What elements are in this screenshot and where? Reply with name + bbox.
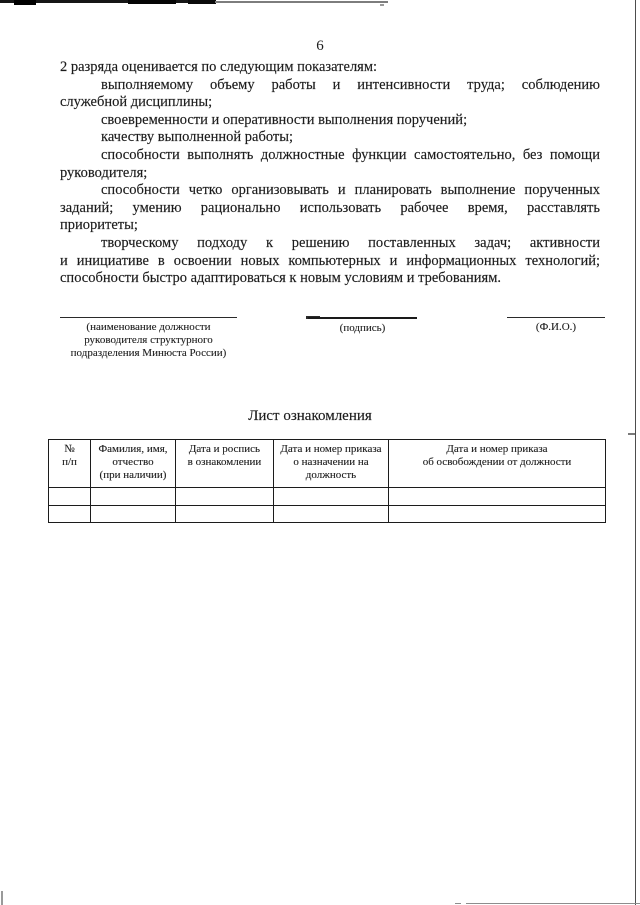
table-header-release-order: Дата и номер приказа об освобождении от … [389,440,606,488]
table-empty-cell [389,505,606,523]
scan-artifact-top-line-dark [0,0,215,3]
table-empty-cell [91,505,176,523]
signature-caption-signature: (подпись) [308,319,417,335]
table-header-date-signature: Дата и роспись в ознакомлении [176,440,274,488]
body-text-line: и инициативе в освоении новых компьютерн… [60,253,600,271]
body-text-line: 2 разряда оценивается по следующим показ… [60,59,600,77]
table-empty-row [49,505,606,523]
body-text-line: способности четко организовывать и плани… [60,182,600,200]
scan-artifact-bottom-left-tick [1,891,3,905]
page-number: 6 [0,38,640,55]
document-page: 6 2 разряда оценивается по следующим пок… [0,0,640,905]
table-empty-cell [91,488,176,506]
body-text-line: качеству выполненной работы; [60,129,600,147]
table-empty-cell [49,488,91,506]
body-text-line: способности выполнять должностные функци… [60,147,600,165]
body-text-line: служебной дисциплины; [60,94,600,112]
table-empty-cell [49,505,91,523]
table-header-row: № п/п Фамилия, имя, отчество (при наличи… [49,440,606,488]
signature-caption-position: (наименование должности руководителя стр… [60,318,237,360]
body-text-line: приоритеты; [60,217,600,235]
table-header-number: № п/п [49,440,91,488]
scan-artifact-top-dot [380,4,384,6]
signature-field-signature: (подпись) [308,317,417,335]
signature-field-position: (наименование должности руководителя стр… [60,317,237,360]
scan-artifact-top-line-gray [215,1,388,3]
scan-artifact-bottom-right-line [455,903,461,905]
scan-artifact-bottom-right-line [466,903,640,905]
signature-field-name: (Ф.И.О.) [507,317,605,334]
body-paragraphs: 2 разряда оценивается по следующим показ… [60,59,600,288]
table-header-fullname: Фамилия, имя, отчество (при наличии) [91,440,176,488]
scan-artifact-right-tick [628,433,635,435]
body-text-line: способности быстро адаптироваться к новы… [60,270,600,288]
familiarization-table: № п/п Фамилия, имя, отчество (при наличи… [48,439,606,523]
body-text-line: заданий; умению рационально использовать… [60,200,600,218]
scan-artifact-top-blob [14,0,36,5]
body-text-line: выполняемому объему работы и интенсивнос… [60,77,600,95]
body-text-line: руководителя; [60,165,600,183]
body-text-line: творческому подходу к решению поставленн… [60,235,600,253]
scan-artifact-top-blob [128,0,176,4]
scan-artifact-top-blob [188,0,216,4]
signature-caption-name: (Ф.И.О.) [507,318,605,334]
table-empty-row [49,488,606,506]
table-empty-cell [176,505,274,523]
body-text-line: своевременности и оперативности выполнен… [60,112,600,130]
table-empty-cell [274,505,389,523]
table-header-appointment-order: Дата и номер приказа о назначении на дол… [274,440,389,488]
table-empty-cell [389,488,606,506]
scan-artifact-right-edge-line [635,0,637,905]
familiarization-sheet-title: Лист ознакомления [0,408,620,425]
table-empty-cell [176,488,274,506]
table-empty-cell [274,488,389,506]
